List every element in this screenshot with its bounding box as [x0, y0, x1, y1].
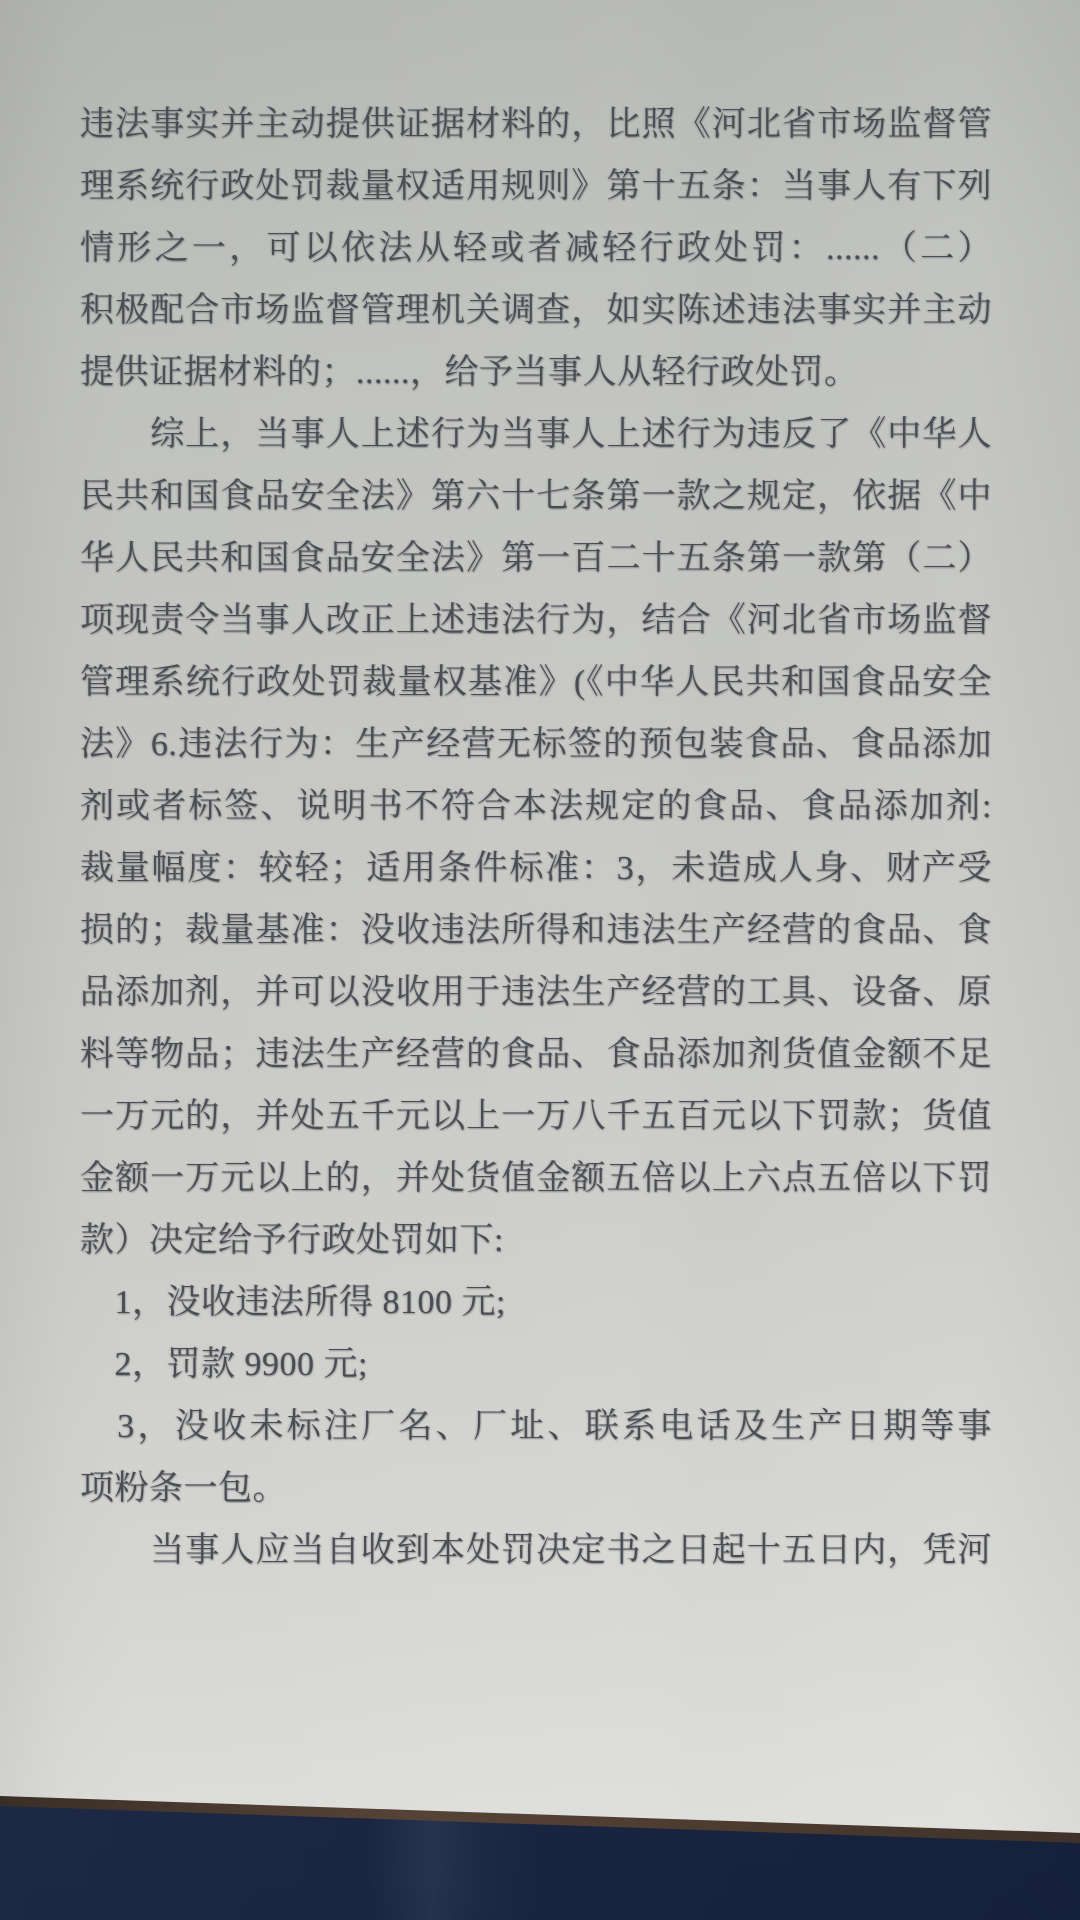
text-line: 华人民共和国食品安全法》第一百二十五条第一款第（二）: [80, 528, 992, 590]
text-line: 综上，当事人上述行为当事人上述行为违反了《中华人: [80, 404, 992, 466]
text-line: 品添加剂，并可以没收用于违法生产经营的工具、设备、原: [80, 962, 992, 1024]
text-line: 积极配合市场监督管理机关调查，如实陈述违法事实并主动: [80, 280, 992, 342]
text-line: 理系统行政处罚裁量权适用规则》第十五条：当事人有下列: [80, 156, 992, 218]
text-line: 金额一万元以上的，并处货值金额五倍以上六点五倍以下罚: [80, 1148, 992, 1210]
text-line: 一万元的，并处五千元以上一万八千五百元以下罚款；货值: [80, 1086, 992, 1148]
text-line: 管理系统行政处罚裁量权基准》(《中华人民共和国食品安全: [80, 652, 992, 714]
text-line: 情形之一，可以依法从轻或者减轻行政处罚：......（二）: [80, 218, 992, 280]
document-photo: 违法事实并主动提供证据材料的，比照《河北省市场监督管理系统行政处罚裁量权适用规则…: [0, 0, 1080, 1920]
text-line: 法》6.违法行为：生产经营无标签的预包装食品、食品添加: [80, 714, 992, 776]
text-line: 3，没收未标注厂名、厂址、联系电话及生产日期等事: [80, 1396, 992, 1458]
text-line: 料等物品；违法生产经营的食品、食品添加剂货值金额不足: [80, 1024, 992, 1086]
text-line: 违法事实并主动提供证据材料的，比照《河北省市场监督管: [80, 94, 992, 156]
text-line: 1，没收违法所得 8100 元;: [80, 1272, 992, 1334]
text-line: 民共和国食品安全法》第六十七条第一款之规定，依据《中: [80, 466, 992, 528]
text-line: 剂或者标签、说明书不符合本法规定的食品、食品添加剂:: [80, 776, 992, 838]
text-line: 项粉条一包。: [80, 1458, 992, 1520]
text-line: 款）决定给予行政处罚如下:: [80, 1210, 992, 1272]
document-text: 违法事实并主动提供证据材料的，比照《河北省市场监督管理系统行政处罚裁量权适用规则…: [80, 94, 992, 1582]
text-line: 损的；裁量基准：没收违法所得和违法生产经营的食品、食: [80, 900, 992, 962]
text-line: 当事人应当自收到本处罚决定书之日起十五日内，凭河: [80, 1520, 992, 1582]
text-line: 提供证据材料的；......，给予当事人从轻行政处罚。: [80, 342, 992, 404]
text-line: 项现责令当事人改正上述违法行为，结合《河北省市场监督: [80, 590, 992, 652]
text-line: 裁量幅度：较轻；适用条件标准：3，未造成人身、财产受: [80, 838, 992, 900]
text-line: 2，罚款 9900 元;: [80, 1334, 992, 1396]
